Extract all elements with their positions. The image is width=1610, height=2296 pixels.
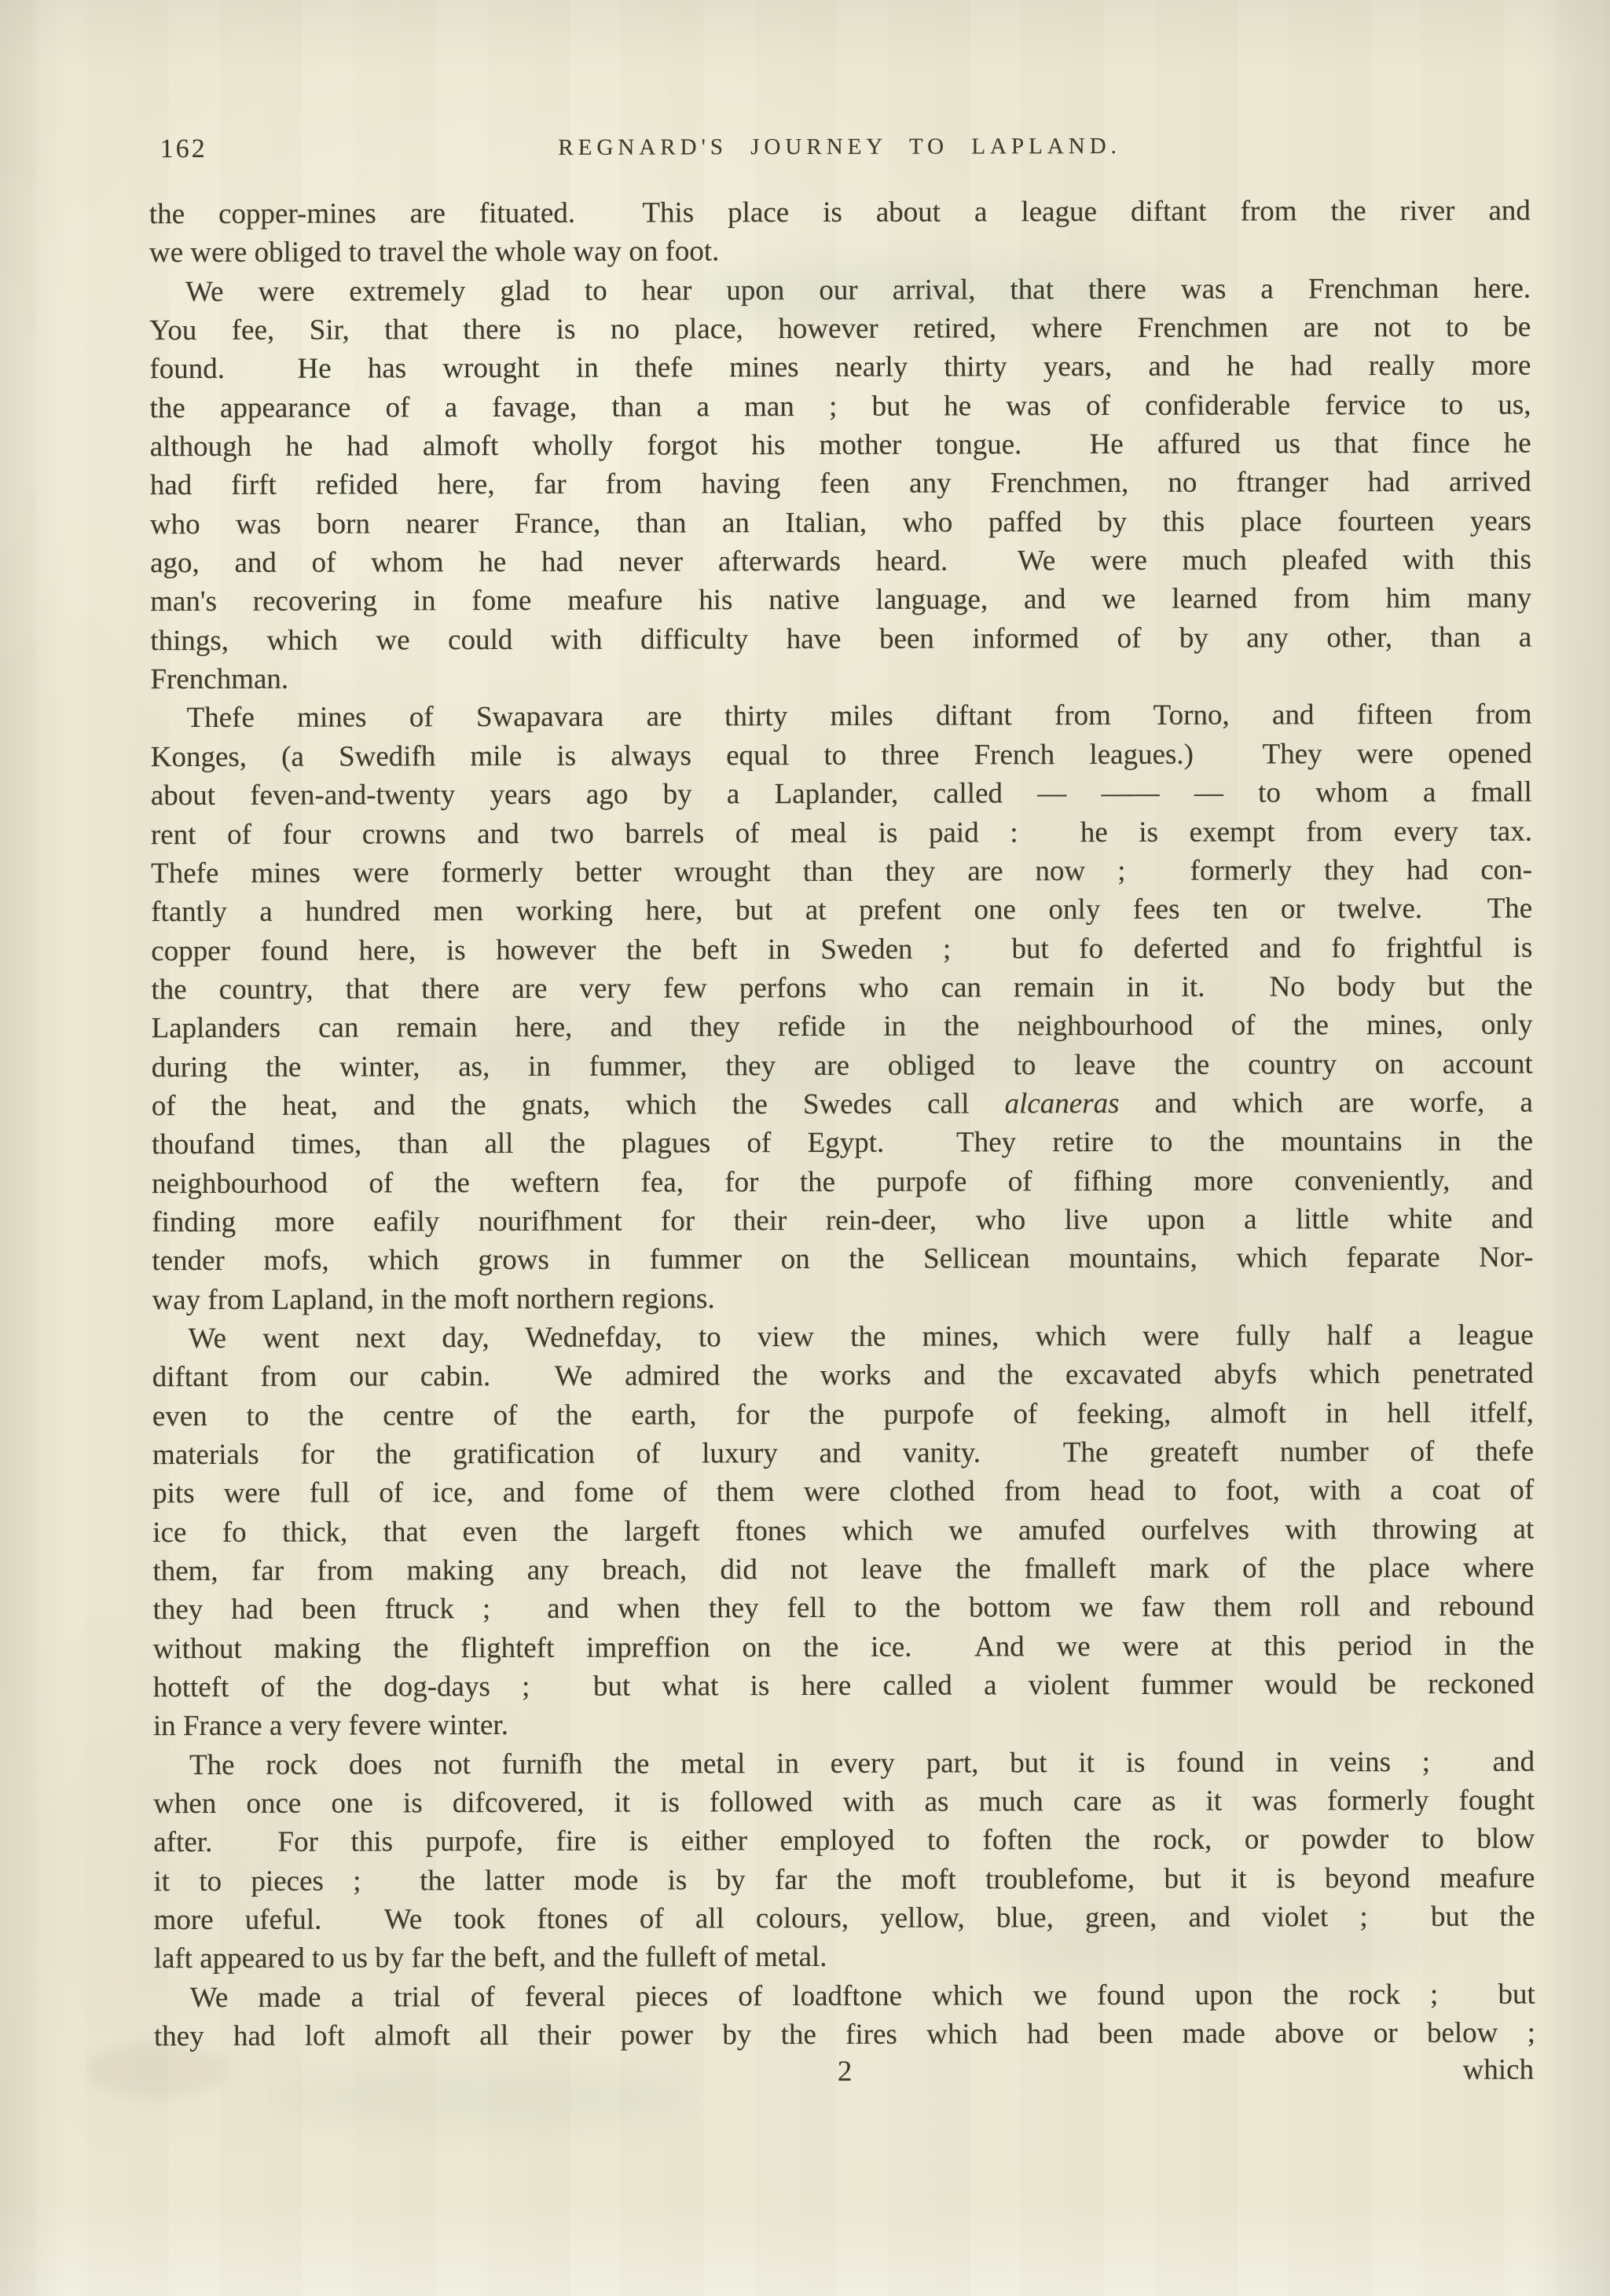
text-line: found. He has wrought in thefe mines nea… [149, 347, 1531, 389]
text-line: without making the flighteft impreffion … [153, 1626, 1535, 1668]
text-line: in France a very fevere winter. [153, 1704, 1535, 1746]
text-line: man's recovering in fome meafure his nat… [150, 579, 1531, 622]
text-line: the country, that there are very few per… [151, 966, 1532, 1009]
text-line: You fee, Sir, that there is no place, ho… [149, 308, 1531, 350]
text-line: Laplanders can remain here, and they ref… [152, 1006, 1533, 1048]
book-page: 162 REGNARD'S JOURNEY TO LAPLAND. the co… [0, 0, 1610, 2296]
text-line: even to the centre of the earth, for the… [152, 1393, 1534, 1436]
text-line: things, which we could with difficulty h… [150, 618, 1531, 660]
text-line: We went next day, Wednefday, to view the… [152, 1316, 1534, 1359]
text-line: who was born nearer France, than an Ital… [150, 501, 1531, 544]
text-line: of the heat, and the gnats, which the Sw… [152, 1083, 1533, 1125]
text-line: We were extremely glad to hear upon our … [149, 269, 1531, 311]
text-line: after. For this purpofe, fire is either … [153, 1820, 1535, 1862]
text-line: We made a trial of feveral pieces of loa… [154, 1975, 1535, 2017]
text-line: the appearance of a favage, than a man ;… [149, 385, 1531, 427]
text-line: the copper-mines are fituated. This plac… [149, 192, 1531, 234]
text-line: finding more eafily nourifhment for thei… [152, 1200, 1533, 1242]
text-line: Thefe mines were formerly better wrought… [151, 850, 1532, 893]
text-line: they had loft almoft all their power by … [154, 2014, 1535, 2056]
text-line: thoufand times, than all the plagues of … [152, 1122, 1533, 1165]
text-line: rent of four crowns and two barrels of m… [151, 812, 1532, 854]
text-line: way from Lapland, in the moft northern r… [152, 1277, 1533, 1319]
text-line: laft appeared to us by far the beft, and… [154, 1936, 1535, 1979]
text-line: Konges, (a Swedifh mile is always equal … [151, 734, 1532, 776]
text-line: The rock does not furnifh the metal in e… [153, 1742, 1535, 1784]
text-line: hotteft of the dog-days ; but what is he… [153, 1665, 1535, 1707]
text-line: when once one is difcovered, it is follo… [153, 1781, 1535, 1824]
running-title: REGNARD'S JOURNEY TO LAPLAND. [149, 133, 1531, 163]
text-line: ice fo thick, that even the largeft fton… [152, 1509, 1534, 1552]
signature-row: 2 which [154, 2051, 1535, 2096]
text-line: copper found here, is however the beft i… [151, 928, 1532, 970]
text-line: we were obliged to travel the whole way … [149, 230, 1531, 273]
text-line: about feven-and-twenty years ago by a La… [151, 773, 1532, 816]
body-text: the copper-mines are fituated. This plac… [149, 192, 1535, 2056]
text-line: pits were full of ice, and fome of them … [152, 1471, 1534, 1513]
text-line: Frenchman. [150, 657, 1531, 699]
text-line: tender mofs, which grows in fummer on th… [152, 1238, 1533, 1281]
text-line: it to pieces ; the latter mode is by far… [153, 1858, 1535, 1901]
text-line: materials for the gratification of luxur… [152, 1432, 1534, 1475]
text-line: during the winter, as, in fummer, they a… [152, 1044, 1533, 1087]
text-line: although he had almoft wholly forgot his… [150, 424, 1531, 467]
text-line: more ufeful. We took ftones of all colou… [154, 1898, 1535, 1940]
text-line: them, far from making any breach, did no… [152, 1549, 1534, 1591]
text-line: they had been ftruck ; and when they fel… [152, 1587, 1534, 1630]
page-content: 162 REGNARD'S JOURNEY TO LAPLAND. the co… [0, 0, 1610, 2296]
text-line: ago, and of whom he had never afterwards… [150, 541, 1531, 583]
signature-mark: 2 [154, 2051, 1535, 2093]
text-line: neighbourhood of the weftern fea, for th… [152, 1161, 1533, 1203]
text-line: diftant from our cabin. We admired the w… [152, 1355, 1534, 1397]
text-line: ftantly a hundred men working here, but … [151, 889, 1532, 932]
running-header: 162 REGNARD'S JOURNEY TO LAPLAND. [149, 128, 1531, 171]
text-line: Thefe mines of Swapavara are thirty mile… [151, 695, 1532, 738]
text-line: had firft refided here, far from having … [150, 463, 1531, 505]
catchword: which [1463, 2051, 1535, 2089]
